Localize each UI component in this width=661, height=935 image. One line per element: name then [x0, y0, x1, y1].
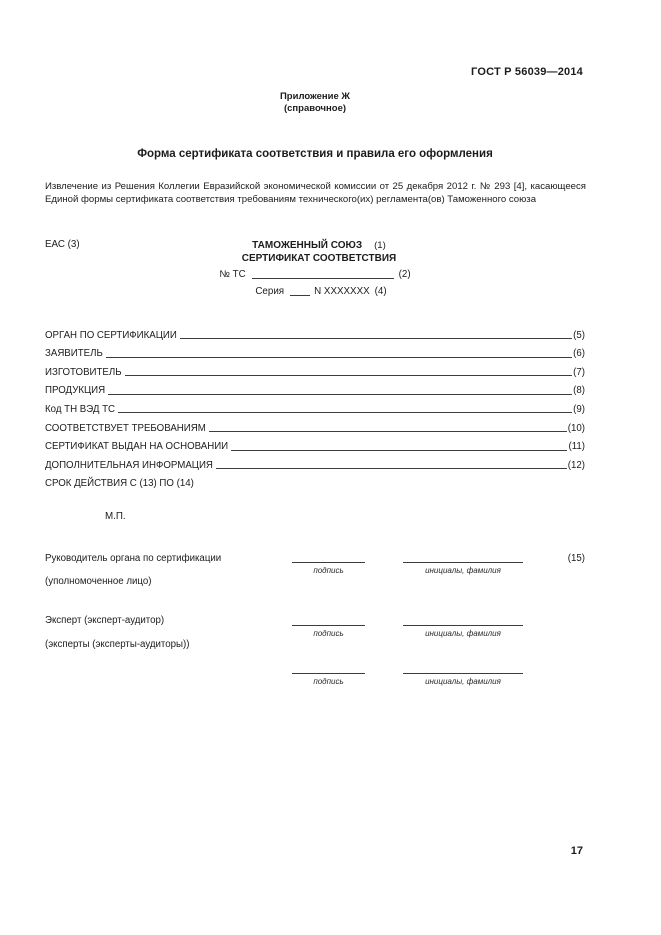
field-label: ЗАЯВИТЕЛЬ	[45, 348, 103, 359]
signatory-role-note: (эксперты (эксперты-аудиторы))	[45, 639, 189, 650]
field-label: ОРГАН ПО СЕРТИФИКАЦИИ	[45, 330, 177, 341]
name-caption: инициалы, фамилия	[397, 629, 529, 638]
form-field-row: ПРОДУКЦИЯ (8)	[45, 378, 585, 397]
form-field-row: ОРГАН ПО СЕРТИФИКАЦИИ (5)	[45, 322, 585, 341]
number-prefix: № ТС	[219, 269, 245, 280]
section-title: Форма сертификата соответствия и правила…	[45, 148, 585, 160]
field-label: Код ТН ВЭД ТС	[45, 404, 115, 415]
signature-caption: подпись	[282, 566, 375, 575]
signatory-role-note: (уполномоченное лицо)	[45, 576, 151, 587]
field-label: ДОПОЛНИТЕЛЬНАЯ ИНФОРМАЦИЯ	[45, 460, 213, 471]
signature-blank-line	[292, 625, 365, 626]
appendix-heading: Приложение Ж (справочное)	[45, 91, 585, 114]
field-ref-number: (5)	[573, 330, 585, 341]
field-blank-line	[180, 338, 572, 339]
field-label: СООТВЕТСТВУЕТ ТРЕБОВАНИЯМ	[45, 423, 206, 434]
field-blank-line	[125, 375, 573, 376]
field-blank-line	[106, 357, 572, 358]
field-blank-line	[118, 412, 572, 413]
field-ref-number: (12)	[568, 460, 585, 471]
field-blank-line	[209, 431, 567, 432]
series-ref: (4)	[375, 286, 387, 297]
page-number: 17	[571, 845, 583, 857]
union-title-ref: (1)	[374, 240, 386, 251]
name-caption: инициалы, фамилия	[397, 566, 529, 575]
name-blank-line	[403, 673, 523, 674]
document-page: ГОСТ Р 56039—2014 Приложение Ж (справочн…	[0, 0, 661, 935]
signatory-role: Руководитель органа по сертификации	[45, 553, 221, 564]
signature-blank-line	[292, 562, 365, 563]
name-blank-line	[403, 625, 523, 626]
form-field-row: СЕРТИФИКАТ ВЫДАН НА ОСНОВАНИИ (11)	[45, 434, 585, 453]
field-ref-number: (10)	[568, 423, 585, 434]
field-label: ПРОДУКЦИЯ	[45, 385, 105, 396]
series-prefix: Серия	[255, 286, 284, 297]
validity-label: СРОК ДЕЙСТВИЯ С (13) ПО (14)	[45, 478, 194, 489]
union-title: ТАМОЖЕННЫЙ СОЮЗ	[252, 240, 362, 251]
appendix-type-note: (справочное)	[45, 103, 585, 115]
form-field-row: СООТВЕТСТВУЕТ ТРЕБОВАНИЯМ (10)	[45, 415, 585, 434]
field-label: ИЗГОТОВИТЕЛЬ	[45, 367, 122, 378]
name-caption: инициалы, фамилия	[397, 677, 529, 686]
standard-code: ГОСТ Р 56039—2014	[471, 66, 583, 78]
field-blank-line	[231, 450, 567, 451]
certificate-title: СЕРТИФИКАТ СООТВЕТСТВИЯ	[45, 253, 593, 266]
series-value: N XXXXXXX	[314, 286, 370, 297]
union-title-line: ТАМОЖЕННЫЙ СОЮЗ(1)	[45, 240, 593, 253]
signature-blank-line	[292, 673, 365, 674]
field-ref-number: (8)	[573, 385, 585, 396]
form-field-row: ДОПОЛНИТЕЛЬНАЯ ИНФОРМАЦИЯ (12)	[45, 452, 585, 471]
field-blank-line	[108, 394, 572, 395]
series-row: Серия N XXXXXXX (4)	[51, 286, 591, 297]
form-field-row: ЗАЯВИТЕЛЬ (6)	[45, 341, 585, 360]
signature-caption: подпись	[282, 629, 375, 638]
field-ref-number: (9)	[573, 404, 585, 415]
certificate-number-row: № ТС (2)	[45, 269, 585, 280]
form-field-row: ИЗГОТОВИТЕЛЬ (7)	[45, 359, 585, 378]
signature-caption: подпись	[282, 677, 375, 686]
field-ref-number: (7)	[573, 367, 585, 378]
signature-ref-number: (15)	[568, 553, 585, 564]
form-fields: ОРГАН ПО СЕРТИФИКАЦИИ (5) ЗАЯВИТЕЛЬ (6) …	[45, 322, 585, 489]
number-blank-line	[252, 278, 394, 279]
certificate-header: ТАМОЖЕННЫЙ СОЮЗ(1) СЕРТИФИКАТ СООТВЕТСТВ…	[45, 240, 593, 265]
appendix-name: Приложение Ж	[45, 91, 585, 103]
series-blank-line	[290, 295, 310, 296]
stamp-place-mark: М.П.	[105, 511, 126, 522]
field-blank-line	[216, 468, 567, 469]
validity-line-row: СРОК ДЕЙСТВИЯ С (13) ПО (14)	[45, 471, 585, 490]
field-label: СЕРТИФИКАТ ВЫДАН НА ОСНОВАНИИ	[45, 441, 228, 452]
field-ref-number: (6)	[573, 348, 585, 359]
form-field-row: Код ТН ВЭД ТС (9)	[45, 396, 585, 415]
field-ref-number: (11)	[568, 441, 585, 452]
signatory-role: Эксперт (эксперт-аудитор)	[45, 615, 164, 626]
number-ref: (2)	[399, 269, 411, 280]
name-blank-line	[403, 562, 523, 563]
intro-paragraph: Извлечение из Решения Коллегии Евразийск…	[45, 180, 586, 206]
